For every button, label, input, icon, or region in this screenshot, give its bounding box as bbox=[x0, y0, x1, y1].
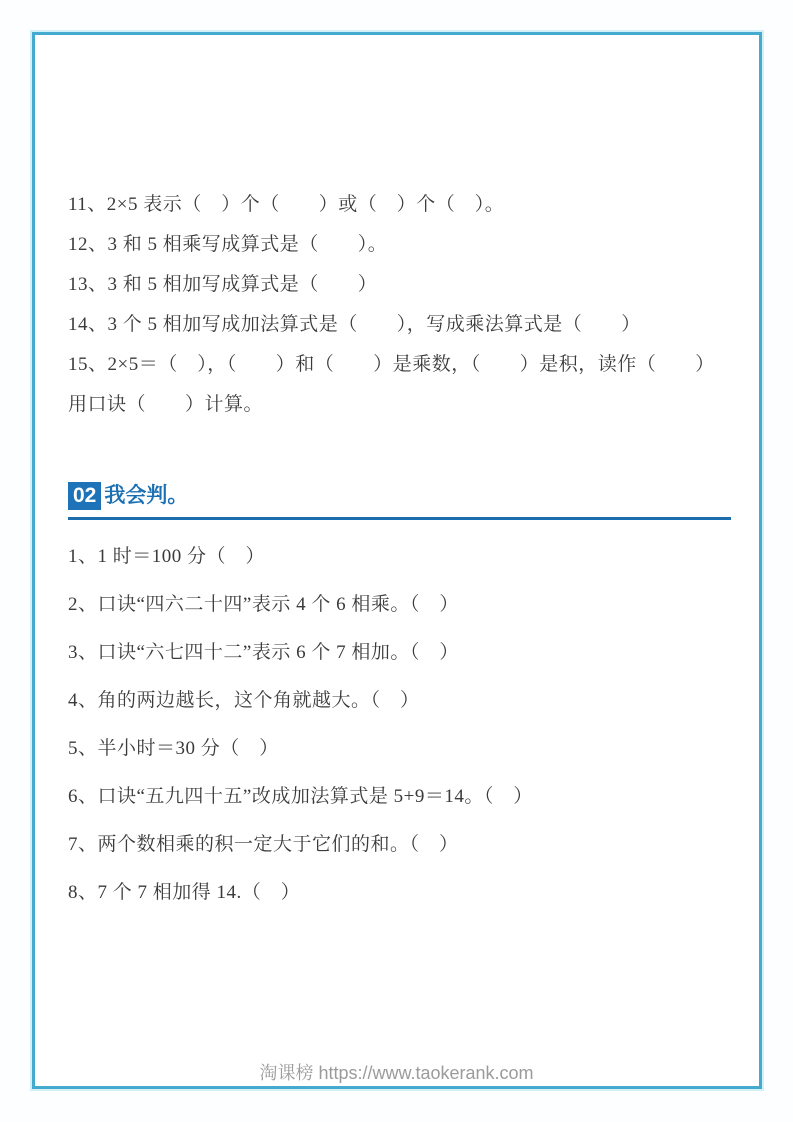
fill-problem-11: 11、2×5 表示（ ）个（ ）或（ ）个（ ）。 bbox=[68, 185, 731, 225]
fill-problem-12: 12、3 和 5 相乘写成算式是（ ）。 bbox=[68, 225, 731, 265]
fill-problem-13: 13、3 和 5 相加写成算式是（ ） bbox=[68, 265, 731, 305]
worksheet-page: 11、2×5 表示（ ）个（ ）或（ ）个（ ）。 12、3 和 5 相乘写成算… bbox=[0, 0, 793, 1122]
section-title: 我会判。 bbox=[104, 481, 188, 511]
fill-in-section: 11、2×5 表示（ ）个（ ）或（ ）个（ ）。 12、3 和 5 相乘写成算… bbox=[68, 185, 731, 425]
judge-problem-6: 6、口诀“五九四十五”改成加法算式是 5+9＝14。（ ） bbox=[68, 786, 731, 808]
judge-problem-2: 2、口诀“四六二十四”表示 4 个 6 相乘。（ ） bbox=[68, 594, 731, 616]
judge-section-header-row: 02 我会判。 bbox=[68, 481, 731, 511]
footer-watermark: 淘课榜 https://www.taokerank.com bbox=[0, 1059, 793, 1085]
judge-problem-7: 7、两个数相乘的积一定大于它们的和。（ ） bbox=[68, 834, 731, 856]
fill-problem-15: 15、2×5＝（ ），（ ）和（ ）是乘数，（ ）是积，读作（ ）用口诀（ ）计… bbox=[68, 345, 731, 425]
judge-section-header: 02 我会判。 bbox=[68, 481, 731, 520]
judge-problem-4: 4、角的两边越长，这个角就越大。（ ） bbox=[68, 690, 731, 712]
worksheet-content: 11、2×5 表示（ ）个（ ）或（ ）个（ ）。 12、3 和 5 相乘写成算… bbox=[68, 0, 731, 930]
judge-section: 1、1 时＝100 分（ ） 2、口诀“四六二十四”表示 4 个 6 相乘。（ … bbox=[68, 520, 731, 904]
judge-problem-5: 5、半小时＝30 分（ ） bbox=[68, 738, 731, 760]
fill-problem-14: 14、3 个 5 相加写成加法算式是（ ），写成乘法算式是（ ） bbox=[68, 305, 731, 345]
judge-problem-1: 1、1 时＝100 分（ ） bbox=[68, 546, 731, 568]
section-number-badge: 02 bbox=[68, 482, 101, 510]
judge-problem-8: 8、7 个 7 相加得 14.（ ） bbox=[68, 882, 731, 904]
judge-problem-3: 3、口诀“六七四十二”表示 6 个 7 相加。（ ） bbox=[68, 642, 731, 664]
